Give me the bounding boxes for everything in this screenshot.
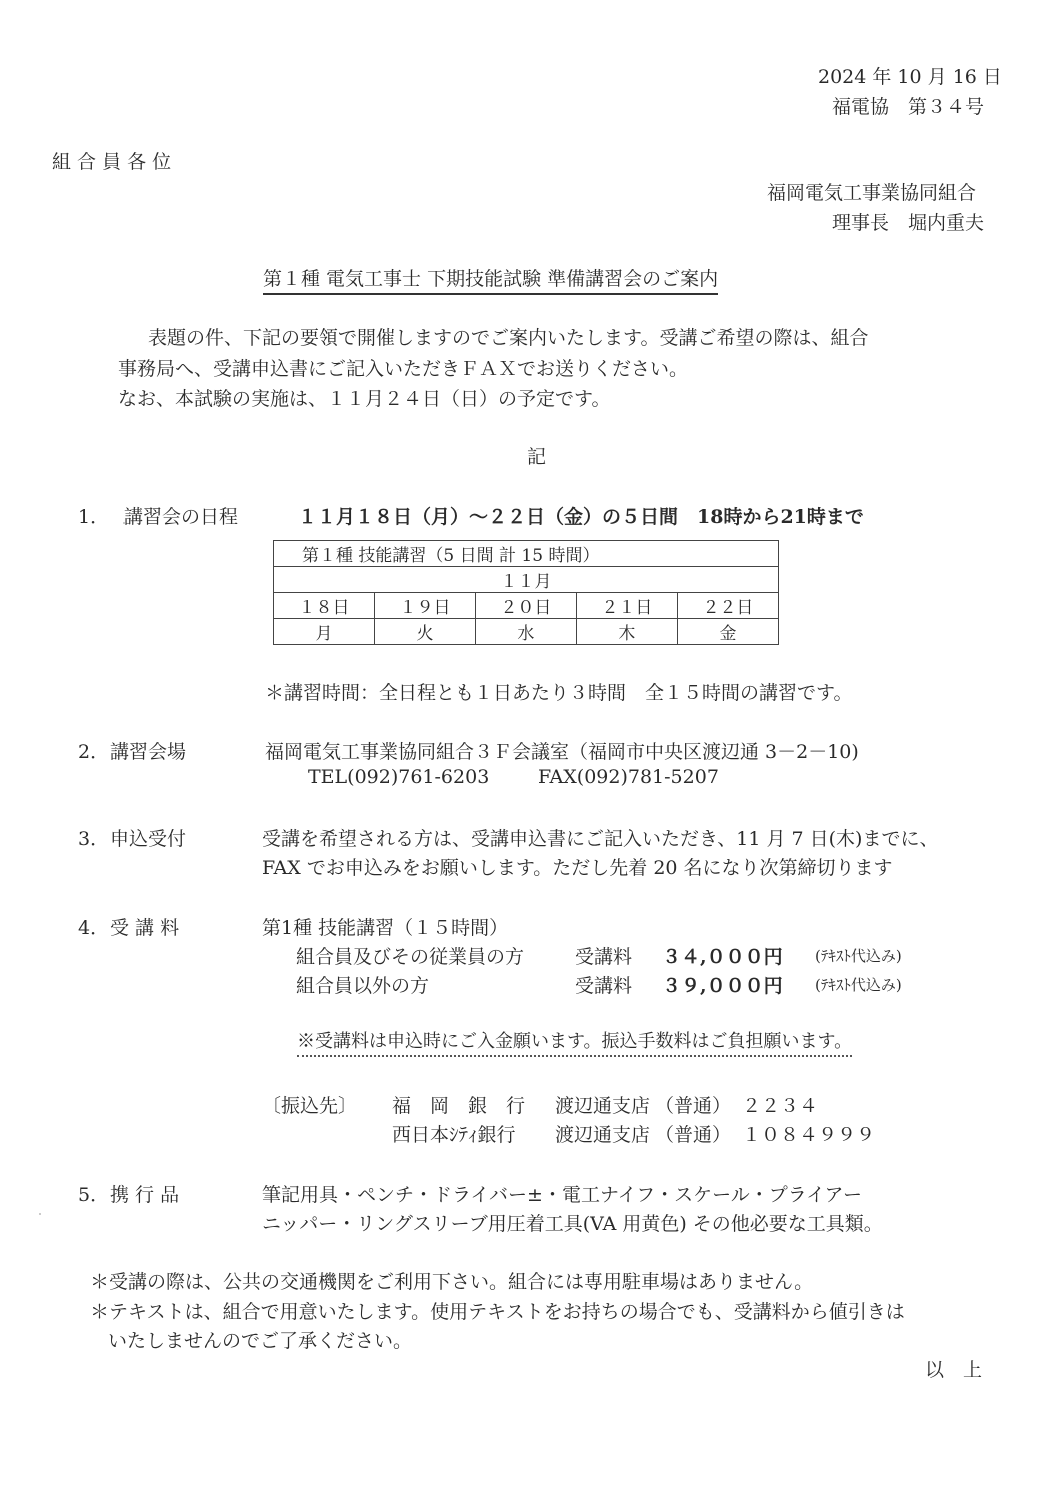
intro-line-3: なお、本試験の実施は、１１月２４日（日）の予定です。	[118, 384, 610, 411]
section-5-label: 携 行 品	[110, 1180, 179, 1207]
section-3-number: 3．	[78, 824, 109, 851]
scan-speck	[39, 1213, 41, 1215]
section-1-number: 1．	[78, 502, 109, 529]
fee-member-who: 組合員及びその従業員の方	[296, 942, 524, 969]
issue-date: 2024 年 10 月 16 日	[818, 62, 1002, 89]
schedule-day: １９日	[374, 593, 475, 619]
venue-tel: TEL(092)761-6203	[308, 766, 489, 788]
venue-address: 福岡電気工事業協同組合３Ｆ会議室（福岡市中央区渡辺通 3－2－10)	[265, 737, 859, 764]
items-line-2: ニッパー・リングスリーブ用圧着工具(VA 用黄色) その他必要な工具類。	[262, 1209, 883, 1236]
section-1-body: １１月１８日（月）～２２日（金）の５日間 18時から21時まで	[298, 502, 864, 529]
closing-mark: 以 上	[925, 1355, 982, 1382]
application-line-2: FAX でお申込みをお願いします。ただし先着 20 名になり次第締切ります	[262, 853, 893, 880]
items-line-1: 筆記用具・ペンチ・ドライバー±・電工ナイフ・スケール・プライアー	[262, 1180, 862, 1207]
bank-2-branch: 渡辺通支店	[555, 1120, 650, 1147]
venue-fax: FAX(092)781-5207	[538, 766, 719, 788]
bank-1-branch: 渡辺通支店	[555, 1091, 650, 1118]
fee-nonmember-label: 受講料	[575, 971, 632, 998]
bank-transfer-label: 〔振込先〕	[262, 1091, 357, 1118]
recipient: 組 合 員 各 位	[52, 147, 171, 174]
document-number: 福電協 第３４号	[832, 92, 984, 119]
application-line-1: 受講を希望される方は、受講申込書にご記入いただき、11 月 7 日(木)までに、	[262, 824, 938, 851]
schedule-note: ＊講習時間：全日程とも１日あたり３時間 全１５時間の講習です。	[265, 678, 852, 705]
fee-course: 第1種 技能講習（１５時間）	[262, 913, 508, 940]
schedule-weekday: 金	[677, 619, 778, 645]
schedule-day: ２２日	[677, 593, 778, 619]
intro-line-2: 事務局へ、受講申込書にご記入いただきＦＡＸでお送りください。	[118, 354, 688, 381]
bank-2-name: 西日本ｼﾃｨ銀行	[392, 1120, 516, 1147]
footer-note-text-2: いたしませんのでご了承ください。	[108, 1326, 412, 1353]
schedule-day: ２０日	[475, 593, 576, 619]
schedule-weekday: 火	[374, 619, 475, 645]
ki-heading: 記	[527, 442, 546, 469]
bank-2-account: １０８４９９９	[742, 1120, 875, 1147]
document-title: 第１種 電気工事士 下期技能試験 準備講習会のご案内	[263, 264, 718, 295]
schedule-weekdays-row: 月 火 水 木 金	[274, 619, 779, 645]
section-1-label: 講習会の日程	[124, 502, 238, 529]
schedule-weekday: 月	[274, 619, 375, 645]
fee-nonmember-amount: ３９,０００円	[662, 971, 783, 998]
bank-2-type: （普通）	[655, 1120, 731, 1147]
fee-nonmember-note: (ﾃｷｽﾄ代込み)	[815, 974, 902, 995]
footer-note-transport: ＊受講の際は、公共の交通機関をご利用下さい。組合には専用駐車場はありません。	[90, 1267, 813, 1294]
sender-name: 理事長 堀内重夫	[832, 208, 984, 235]
schedule-table-month: １１月	[274, 567, 779, 593]
footer-note-text-1: ＊テキストは、組合で用意いたします。使用テキストをお持ちの場合でも、受講料から値…	[90, 1297, 905, 1324]
fee-member-label: 受講料	[575, 942, 632, 969]
section-4-label: 受 講 料	[110, 913, 179, 940]
scan-speck	[123, 522, 125, 524]
fee-member-amount: ３４,０００円	[662, 942, 783, 969]
payment-note: ※受講料は申込時にご入金願います。振込手数料はご負担願います。	[297, 1027, 852, 1057]
section-4-number: 4．	[78, 913, 109, 940]
fee-nonmember-who: 組合員以外の方	[296, 971, 429, 998]
section-3-label: 申込受付	[110, 824, 186, 851]
section-5-number: 5．	[78, 1180, 109, 1207]
section-2-label: 講習会場	[110, 737, 186, 764]
sender-organization: 福岡電気工事業協同組合	[767, 178, 976, 205]
schedule-days-row: １８日 １９日 ２０日 ２１日 ２２日	[274, 593, 779, 619]
schedule-table: 第１種 技能講習（5 日間 計 15 時間） １１月 １８日 １９日 ２０日 ２…	[273, 540, 779, 645]
schedule-weekday: 木	[576, 619, 677, 645]
bank-1-name: 福 岡 銀 行	[392, 1091, 525, 1118]
schedule-day: １８日	[274, 593, 375, 619]
schedule-table-title: 第１種 技能講習（5 日間 計 15 時間）	[274, 541, 779, 567]
section-2-number: 2．	[78, 737, 109, 764]
bank-1-type: （普通）	[655, 1091, 731, 1118]
bank-1-account: ２２３４	[742, 1091, 818, 1118]
intro-line-1: 表題の件、下記の要領で開催しますのでご案内いたします。受講ご希望の際は、組合	[148, 323, 868, 350]
schedule-weekday: 水	[475, 619, 576, 645]
schedule-day: ２１日	[576, 593, 677, 619]
fee-member-note: (ﾃｷｽﾄ代込み)	[815, 945, 902, 966]
